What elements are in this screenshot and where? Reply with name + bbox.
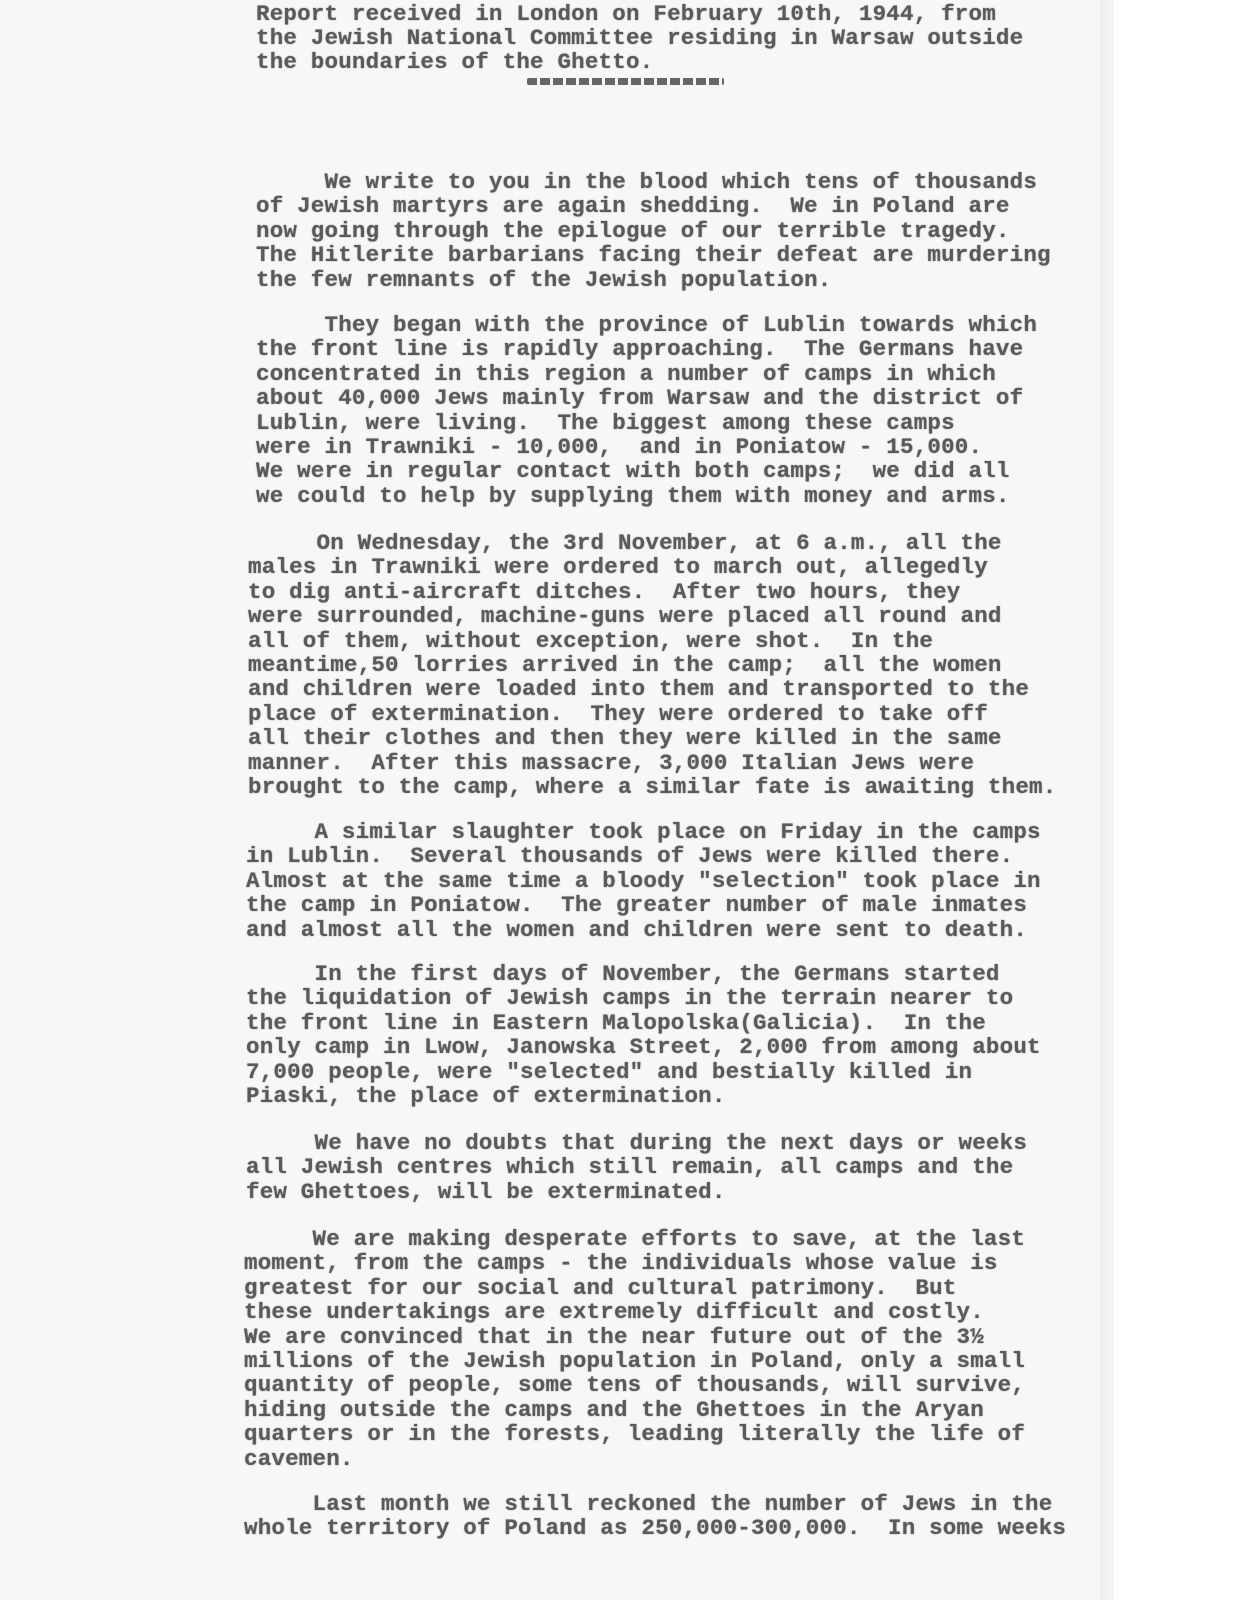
header-line: Report received in London on February 10… xyxy=(256,2,996,27)
paragraph-line: the front line is rapidly approaching. T… xyxy=(256,337,1023,362)
paragraph-line: concentrated in this region a number of … xyxy=(256,362,996,387)
paragraph-line: We have no doubts that during the next d… xyxy=(246,1131,1027,1156)
paragraph-line: We write to you in the blood which tens … xyxy=(256,170,1037,195)
paragraph-line: moment, from the camps - the individuals… xyxy=(244,1251,998,1276)
paragraph-line: were surrounded, machine-guns were place… xyxy=(248,604,1002,629)
paragraph-line: greatest for our social and cultural pat… xyxy=(244,1276,957,1301)
paragraph-line: now going through the epilogue of our te… xyxy=(256,219,1010,244)
report-header: Report received in London on February 10… xyxy=(256,0,311,130)
paragraph-line: we could to help by supplying them with … xyxy=(256,484,1010,509)
paragraph-line: hiding outside the camps and the Ghettoe… xyxy=(244,1398,984,1423)
paragraph-line: cavemen. xyxy=(244,1447,354,1472)
separator-rule xyxy=(527,78,724,85)
paragraph-line: The Hitlerite barbarians facing their de… xyxy=(256,243,1051,268)
paragraph-line: of Jewish martyrs are again shedding. We… xyxy=(256,194,1010,219)
paragraph-line: all of them, without exception, were sho… xyxy=(248,629,933,654)
paragraph-line: Almost at the same time a bloody "select… xyxy=(246,869,1041,894)
paragraph-line: A similar slaughter took place on Friday… xyxy=(246,820,1041,845)
paragraph-line: On Wednesday, the 3rd November, at 6 a.m… xyxy=(248,531,1002,556)
paragraph-line: few Ghettoes, will be exterminated. xyxy=(246,1180,726,1205)
paragraph-line: these undertakings are extremely difficu… xyxy=(244,1300,984,1325)
paragraph-line: place of extermination. They were ordere… xyxy=(248,702,988,727)
paragraph-line: the camp in Poniatow. The greater number… xyxy=(246,893,1027,918)
paragraph-line: only camp in Lwow, Janowska Street, 2,00… xyxy=(246,1035,1041,1060)
paragraph-line: Piaski, the place of extermination. xyxy=(246,1084,726,1109)
scanned-page: Report received in London on February 10… xyxy=(0,0,1112,1600)
paragraph-line: quarters or in the forests, leading lite… xyxy=(244,1422,1025,1447)
paragraph-line: all their clothes and then they were kil… xyxy=(248,726,1002,751)
paragraph-line: whole territory of Poland as 250,000-300… xyxy=(244,1516,1066,1541)
header-line: the boundaries of the Ghetto. xyxy=(256,50,653,75)
paragraph-line: to dig anti-aircraft ditches. After two … xyxy=(248,580,961,605)
paragraph-line: in Lublin. Several thousands of Jews wer… xyxy=(246,844,1013,869)
paragraph-line: We are convinced that in the near future… xyxy=(244,1325,984,1350)
paragraph-line: We are making desperate efforts to save,… xyxy=(244,1227,1025,1252)
paragraph-line: millions of the Jewish population in Pol… xyxy=(244,1349,1025,1374)
paragraph-line: In the first days of November, the Germa… xyxy=(246,962,1000,987)
paragraph-line: about 40,000 Jews mainly from Warsaw and… xyxy=(256,386,1023,411)
paragraph-line: 7,000 people, were "selected" and bestia… xyxy=(246,1060,972,1085)
paragraph-line: all Jewish centres which still remain, a… xyxy=(246,1155,1013,1180)
paragraph-line: and almost all the women and children we… xyxy=(246,918,1027,943)
paragraph-line: the liquidation of Jewish camps in the t… xyxy=(246,986,1013,1011)
paragraph-line: We were in regular contact with both cam… xyxy=(256,459,1010,484)
paragraph-line: meantime,50 lorries arrived in the camp;… xyxy=(248,653,1002,678)
page-edge-shadow xyxy=(1100,0,1114,1600)
paragraph-line: manner. After this massacre, 3,000 Itali… xyxy=(248,751,974,776)
paragraph-line: Lublin, were living. The biggest among t… xyxy=(256,411,955,436)
paragraph-line: the front line in Eastern Malopolska(Gal… xyxy=(246,1011,986,1036)
paragraph-line: brought to the camp, where a similar fat… xyxy=(248,775,1056,800)
paragraph-line: were in Trawniki - 10,000, and in Poniat… xyxy=(256,435,982,460)
paragraph-line: Last month we still reckoned the number … xyxy=(244,1492,1052,1517)
paragraph-line: the few remnants of the Jewish populatio… xyxy=(256,268,832,293)
paragraph-line: males in Trawniki were ordered to march … xyxy=(248,555,988,580)
paragraph-line: quantity of people, some tens of thousan… xyxy=(244,1373,1025,1398)
header-line: the Jewish National Committee residing i… xyxy=(256,26,1023,51)
paragraph-line: They began with the province of Lublin t… xyxy=(256,313,1037,338)
paragraph-line: and children were loaded into them and t… xyxy=(248,677,1029,702)
